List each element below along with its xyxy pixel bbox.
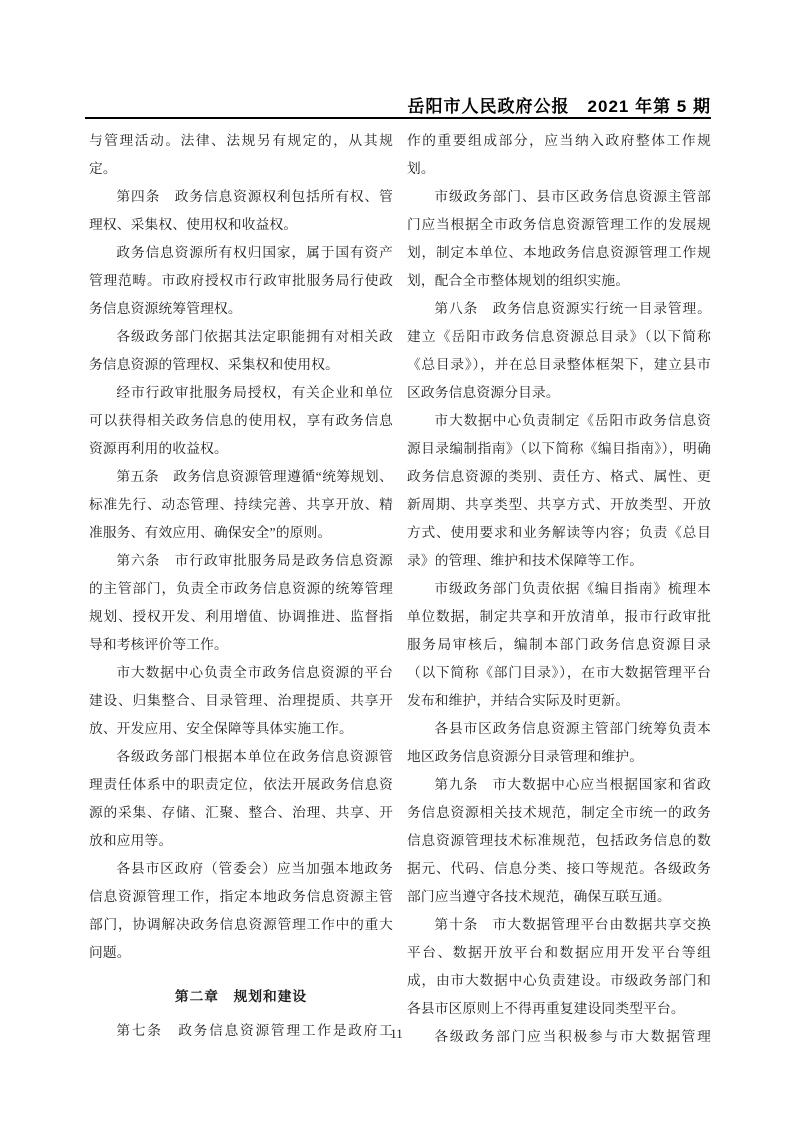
header-rule — [85, 117, 711, 119]
chapter-heading: 第二章 规划和建设 — [89, 983, 393, 1011]
body-paragraph: 市级政务部门、县市区政务信息资源主管部门应当根据全市政务信息资源管理工作的发展规… — [407, 183, 711, 295]
gazette-page: 岳阳市人民政府公报 2021 年第 5 期 与管理活动。法律、法规另有规定的，从… — [0, 0, 793, 1122]
body-paragraph: 市大数据中心负责全市政务信息资源的平台建设、归集整合、目录管理、治理提质、共享开… — [89, 659, 393, 743]
body-paragraph: 第九条 市大数据中心应当根据国家和省政务信息资源相关技术规范，制定全市统一的政务… — [407, 771, 711, 911]
body-paragraph: 第五条 政务信息资源管理遵循“统筹规划、标准先行、动态管理、持续完善、共享开放、… — [89, 463, 393, 547]
body-paragraph: 各县市区政府（管委会）应当加强本地政务信息资源管理工作，指定本地政务信息资源主管… — [89, 855, 393, 967]
body-paragraph: 与管理活动。法律、法规另有规定的，从其规定。 — [89, 127, 393, 183]
body-paragraph: 各级政务部门根据本单位在政务信息资源管理责任体系中的职责定位，依法开展政务信息资… — [89, 743, 393, 855]
two-column-body: 与管理活动。法律、法规另有规定的，从其规定。第四条 政务信息资源权利包括所有权、… — [89, 127, 713, 1051]
body-paragraph: 政务信息资源所有权归国家，属于国有资产管理范畴。市政府授权市行政审批服务局行使政… — [89, 239, 393, 323]
gazette-masthead: 岳阳市人民政府公报 2021 年第 5 期 — [408, 92, 711, 117]
body-paragraph: 作的重要组成部分，应当纳入政府整体工作规划。 — [407, 127, 711, 183]
body-paragraph: 第六条 市行政审批服务局是政务信息资源的主管部门，负责全市政务信息资源的统筹管理… — [89, 547, 393, 659]
right-column: 作的重要组成部分，应当纳入政府整体工作规划。市级政务部门、县市区政务信息资源主管… — [407, 127, 711, 1051]
body-paragraph: 各县市区政务信息资源主管部门统筹负责本地区政务信息资源分目录管理和维护。 — [407, 715, 711, 771]
body-paragraph: 第十条 市大数据管理平台由数据共享交换平台、数据开放平台和数据应用开发平台等组成… — [407, 911, 711, 1023]
body-paragraph: 市级政务部门负责依据《编目指南》梳理本单位数据，制定共享和开放清单，报市行政审批… — [407, 575, 711, 715]
body-paragraph: 各级政务部门依据其法定职能拥有对相关政务信息资源的管理权、采集权和使用权。 — [89, 323, 393, 379]
body-paragraph: 经市行政审批服务局授权，有关企业和单位可以获得相关政务信息的使用权，享有政务信息… — [89, 379, 393, 463]
body-paragraph: 市大数据中心负责制定《岳阳市政务信息资源目录编制指南》（以下简称《编目指南》），… — [407, 407, 711, 575]
left-column: 与管理活动。法律、法规另有规定的，从其规定。第四条 政务信息资源权利包括所有权、… — [89, 127, 393, 1051]
body-paragraph: 第八条 政务信息资源实行统一目录管理。建立《岳阳市政务信息资源总目录》（以下简称… — [407, 295, 711, 407]
body-paragraph: 第四条 政务信息资源权利包括所有权、管理权、采集权、使用权和收益权。 — [89, 183, 393, 239]
page-number: 11 — [0, 1026, 793, 1042]
